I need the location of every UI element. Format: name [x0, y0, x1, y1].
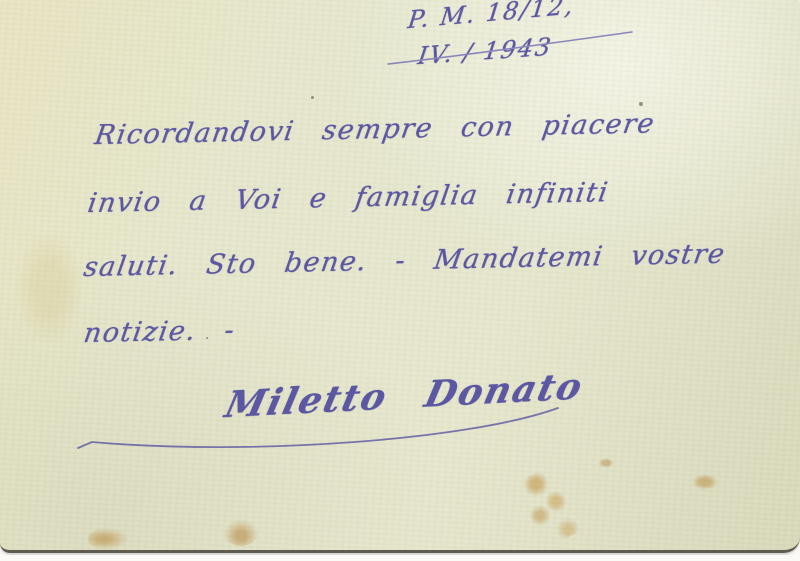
postcard-paper: P. M. 18/12, IV. / 1943 Ricordandovi sem…	[0, 0, 800, 553]
foxing-stain	[598, 458, 614, 468]
date-line-1: P. M. 18/12,	[406, 0, 576, 34]
letter-line-2: invio a Voi e famiglia infiniti	[86, 177, 611, 219]
letter-line-3: saluti. Sto bene. - Mandatemi vostre	[82, 239, 728, 284]
foxing-stain	[692, 474, 718, 490]
signature: Miletto Donato	[221, 365, 588, 426]
scan-background-edge	[0, 555, 800, 561]
scanned-postcard-page: { "colors": { "ink": "#5b57a2", "paper":…	[0, 0, 800, 561]
letter-line-1: Ricordandovi sempre con piacere	[93, 108, 658, 151]
paper-speck	[311, 96, 314, 99]
paper-discoloration	[14, 228, 84, 348]
date-line-2: IV. / 1943	[416, 32, 554, 70]
paper-speck	[639, 102, 643, 106]
foxing-stain	[224, 520, 258, 546]
foxing-stain	[512, 470, 592, 540]
foxing-stain	[88, 528, 128, 550]
letter-line-4: notizie. -	[82, 315, 238, 349]
